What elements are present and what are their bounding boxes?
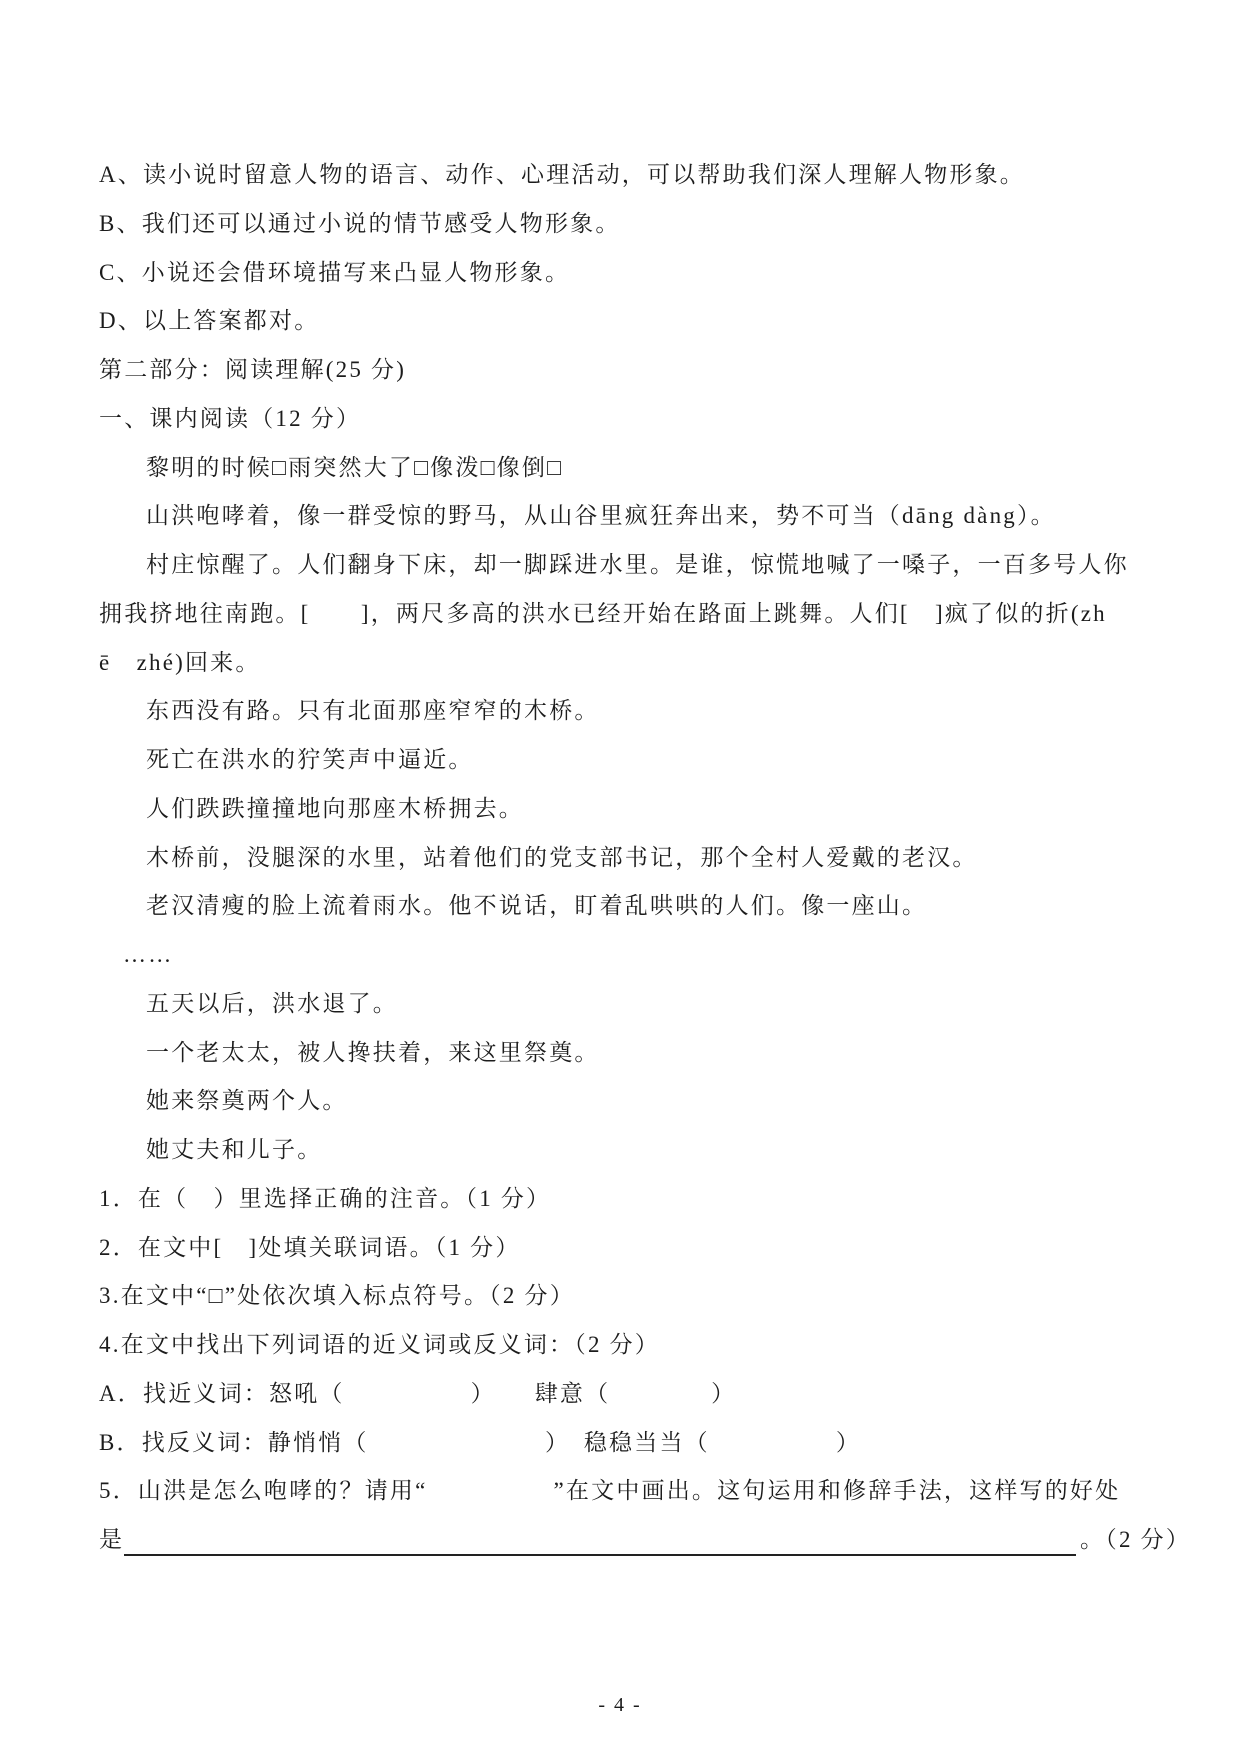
exam-page: A、读小说时留意人物的语言、动作、心理活动，可以帮助我们深人理解人物形象。 B、…	[0, 0, 1240, 1754]
page-number: - 4 -	[0, 1694, 1240, 1717]
passage-line: 黎明的时候□雨突然大了□像泼□像倒□	[99, 444, 1147, 493]
passage-line: 东西没有路。只有北面那座窄窄的木桥。	[99, 687, 1147, 736]
q5-answer-prefix: 是	[99, 1516, 124, 1565]
question-4b: B．找反义词：静悄悄（ ） 稳稳当当（ ）	[99, 1419, 1147, 1468]
passage-line: 老汉清瘦的脸上流着雨水。他不说话，盯着乱哄哄的人们。像一座山。	[99, 882, 1147, 931]
passage-ellipsis-line: ……	[99, 931, 1147, 980]
question-4a: A．找近义词：怒吼（ ） 肆意（ ）	[99, 1370, 1147, 1419]
page-content: A、读小说时留意人物的语言、动作、心理活动，可以帮助我们深人理解人物形象。 B、…	[99, 151, 1147, 1565]
answer-blank-underline	[124, 1516, 1080, 1565]
passage-line: 死亡在洪水的狞笑声中逼近。	[99, 736, 1147, 785]
passage-line: 山洪咆哮着，像一群受惊的野马，从山谷里疯狂奔出来，势不可当（dāng dàng）…	[99, 492, 1147, 541]
choice-a: A、读小说时留意人物的语言、动作、心理活动，可以帮助我们深人理解人物形象。	[99, 151, 1147, 200]
passage-line: 木桥前，没腿深的水里，站着他们的党支部书记，那个全村人爱戴的老汉。	[99, 834, 1147, 883]
question-3: 3.在文中“□”处依次填入标点符号。（2 分）	[99, 1272, 1147, 1321]
q5-answer-suffix: 。（2 分）	[1080, 1516, 1191, 1565]
passage-line: 五天以后，洪水退了。	[99, 980, 1147, 1029]
choice-d: D、以上答案都对。	[99, 297, 1147, 346]
passage-line: 一个老太太，被人搀扶着，来这里祭奠。	[99, 1029, 1147, 1078]
section-header: 一、课内阅读（12 分）	[99, 395, 1147, 444]
passage-line: 拥我挤地往南跑。[ ]，两尺多高的洪水已经开始在路面上跳舞。人们[ ]疯了似的折…	[99, 590, 1147, 639]
question-4: 4.在文中找出下列词语的近义词或反义词：（2 分）	[99, 1321, 1147, 1370]
question-2: 2．在文中[ ]处填关联词语。（1 分）	[99, 1224, 1147, 1273]
passage-line: 人们跌跌撞撞地向那座木桥拥去。	[99, 785, 1147, 834]
choice-c: C、小说还会借环境描写来凸显人物形象。	[99, 249, 1147, 298]
question-1: 1．在（ ）里选择正确的注音。（1 分）	[99, 1175, 1147, 1224]
choice-b: B、我们还可以通过小说的情节感受人物形象。	[99, 200, 1147, 249]
question-5-answer-line: 是 。（2 分）	[99, 1516, 1191, 1565]
passage-line: 她来祭奠两个人。	[99, 1077, 1147, 1126]
passage-line: 她丈夫和儿子。	[99, 1126, 1147, 1175]
part-header: 第二部分：阅读理解(25 分)	[99, 346, 1147, 395]
question-5: 5．山洪是怎么咆哮的？请用“ ”在文中画出。这句运用和修辞手法，这样写的好处	[99, 1467, 1147, 1516]
passage-line: ē zhé)回来。	[99, 639, 1147, 688]
passage-line: 村庄惊醒了。人们翻身下床，却一脚踩进水里。是谁，惊慌地喊了一嗓子，一百多号人你	[99, 541, 1147, 590]
